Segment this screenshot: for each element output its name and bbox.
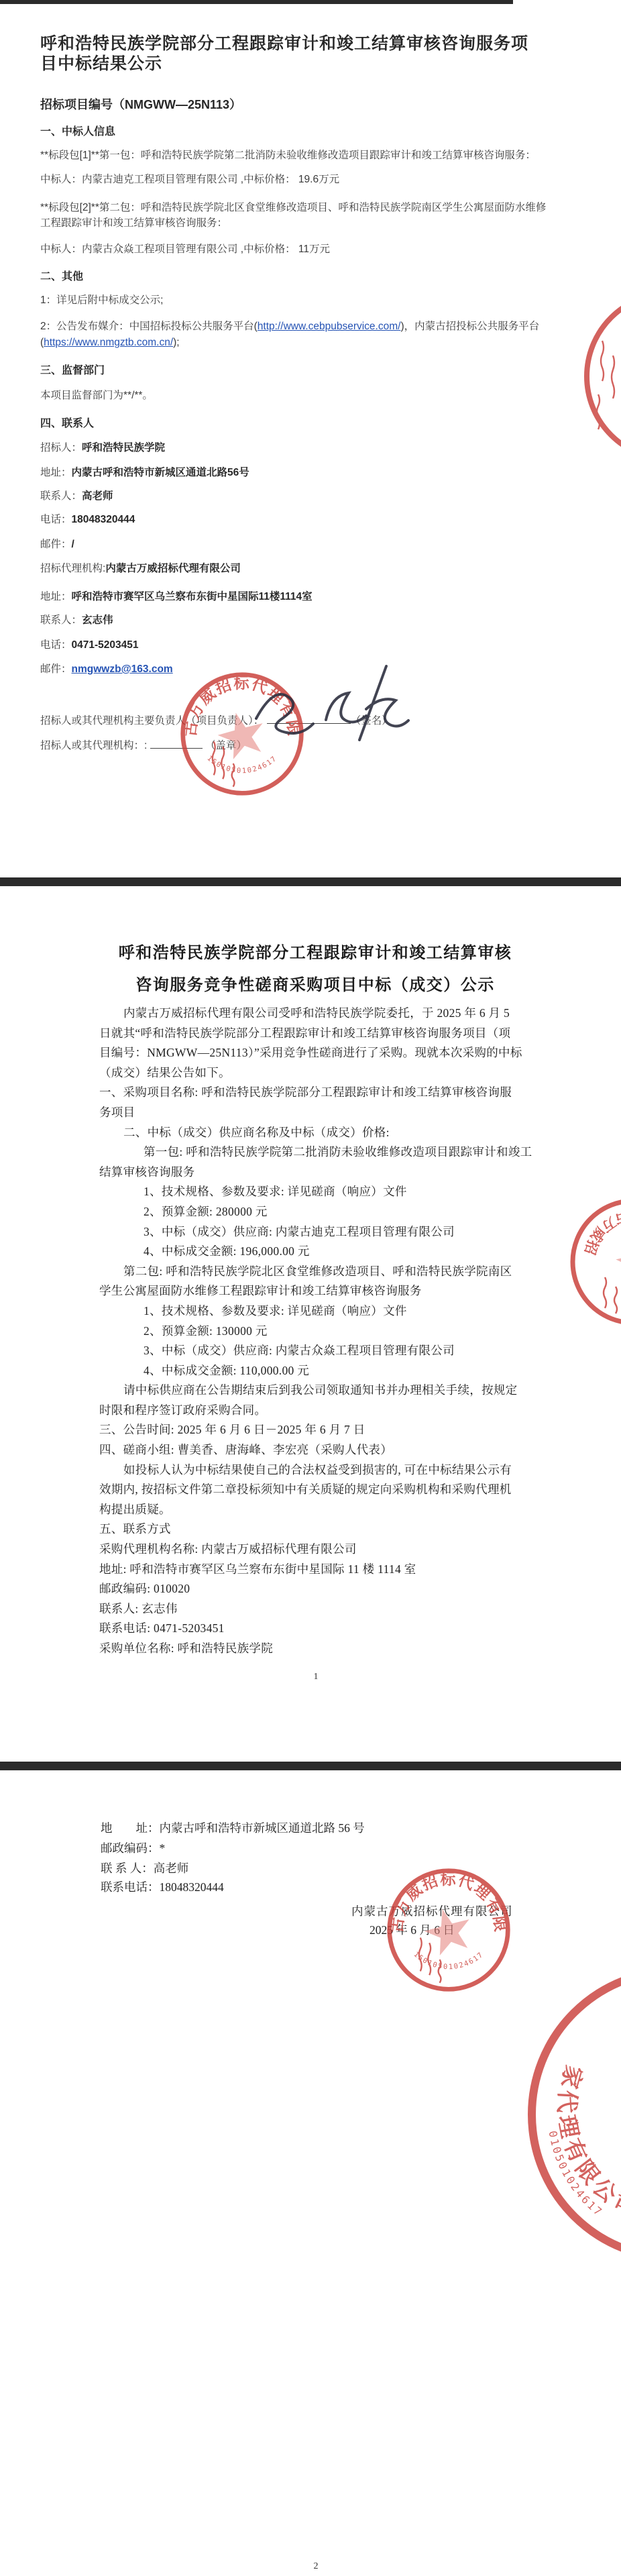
text-segment: （盖章） xyxy=(203,740,247,751)
contact-line: 联系电话：18048320444 xyxy=(101,1878,224,1896)
text-line: 联系人：玄志伟 xyxy=(40,612,113,629)
text-line: 中标人：内蒙古众焱工程项目管理有限公司 ,中标价格： 11万元 xyxy=(40,241,330,258)
text-line: 电话：18048320444 xyxy=(40,511,135,529)
text-line: 招标人或其代理机构主要负责人（项目负责人）： （签名） xyxy=(40,712,392,730)
text-segment: 工程跟踪审计和竣工结算审核咨询服务： xyxy=(40,217,227,229)
page-number-1: 1 xyxy=(282,1672,349,1682)
text-line: 构提出质疑。 xyxy=(99,1500,550,1520)
section-heading: 一、中标人信息 xyxy=(40,123,115,141)
text-line: 目编号：NMGWW—25N113）”采用竞争性磋商进行了采购。现就本次采购的中标 xyxy=(99,1043,550,1063)
contact-line: 地 址：内蒙古呼和浩特市新城区通道北路 56 号 xyxy=(101,1819,365,1837)
text-line: 第二包: 呼和浩特民族学院北区食堂维修改造项目、呼和浩特民族学院南区 xyxy=(99,1262,550,1282)
text-line: 效期内, 按招标文件第二章投标须知中有关质疑的规定向采购机构和采购代理机 xyxy=(99,1480,550,1500)
text-line: 地址：内蒙古呼和浩特市新城区通道北路56号 xyxy=(40,464,249,482)
text-line: 4、中标成交金额: 196,000.00 元 xyxy=(99,1242,550,1262)
text-line: 邮件：nmgwwzb@163.com xyxy=(40,661,173,678)
text-line: 招标代理机构:内蒙古万威招标代理有限公司 xyxy=(40,560,241,578)
text-segment: （签名） xyxy=(351,715,392,727)
text-segment: 地址： xyxy=(40,591,72,602)
text-segment: 联系人： xyxy=(40,490,82,502)
signature-scribble xyxy=(241,661,422,751)
text-line: 招标人：呼和浩特民族学院 xyxy=(40,439,165,457)
date-line: 2025 年 6 月 6 日 xyxy=(370,1921,455,1939)
text-segment: 电话： xyxy=(40,639,72,651)
contact-line: 联 系 人：高老师 xyxy=(101,1859,188,1878)
text-line: 四、磋商小组: 曹美香、唐海峰、李宏亮（采购人代表） xyxy=(99,1440,550,1460)
text-line: 二、中标（成交）供应商名称及中标（成交）价格: xyxy=(99,1123,550,1143)
text-line: 日就其“呼和浩特民族学院部分工程跟踪审计和竣工结算审核咨询服务项目（项 xyxy=(99,1024,550,1044)
text-line: 联系人: 玄志伟 xyxy=(99,1599,550,1619)
text-line: 工程跟踪审计和竣工结算审核咨询服务： xyxy=(40,215,227,232)
field-value: 内蒙古万威招标代理有限公司 xyxy=(105,563,241,574)
text-line: 4、中标成交金额: 110,000.00 元 xyxy=(99,1361,550,1381)
text-segment: 邮件： xyxy=(40,539,72,550)
text-segment: 联系人： xyxy=(40,614,82,626)
text-line: **标段包[1]**第一包：呼和浩特民族学院第二批消防未验收维修改造项目跟踪审计… xyxy=(40,147,536,164)
page2-title-line-1: 呼和浩特民族学院部分工程跟踪审计和竣工结算审核 xyxy=(80,939,550,963)
project-number: 招标项目编号（NMGWW—25N113） xyxy=(40,95,241,113)
text-line: 本项目监督部门为**/**。 xyxy=(40,387,153,405)
field-value: 呼和浩特市赛罕区乌兰察布东街中星国际11楼1114室 xyxy=(72,591,313,602)
svg-text:家代理有限公司: 家代理有限公司 xyxy=(553,2062,621,2222)
text-line: 五、联系方式 xyxy=(99,1519,550,1540)
url-link[interactable]: https://www.nmgztb.com.cn/ xyxy=(44,337,173,348)
agency-seal-stamp: 内蒙古万威招标代理有限公司 15010501024617 xyxy=(178,669,306,798)
text-segment: 招标人或其代理机构：: xyxy=(40,740,150,751)
email-link[interactable]: nmgwwzb@163.com xyxy=(72,663,173,675)
text-line: 地址: 呼和浩特市赛罕区乌兰察布东街中星国际 11 楼 1114 室 xyxy=(99,1560,550,1580)
text-segment: 中标人：内蒙古众焱工程项目管理有限公司 ,中标价格： 11万元 xyxy=(40,244,330,255)
page-number-2: 2 xyxy=(282,2561,349,2572)
text-line: 招标人或其代理机构：: （盖章） xyxy=(40,737,247,755)
page2-title-line-2: 咨询服务竞争性磋商采购项目中标（成交）公示 xyxy=(80,971,550,995)
text-segment: 招标代理机构: xyxy=(40,563,105,574)
text-line: 中标人：内蒙古迪克工程项目管理有限公司 ,中标价格： 19.6万元 xyxy=(40,171,339,189)
text-line: 三、公告时间: 2025 年 6 月 6 日－2025 年 6 月 7 日 xyxy=(99,1420,550,1440)
text-line: 采购单位名称: 呼和浩特民族学院 xyxy=(99,1639,550,1659)
field-value: 0471-5203451 xyxy=(72,639,139,651)
field-value: 玄志伟 xyxy=(82,614,113,626)
page2-body: 内蒙古万威招标代理有限公司受呼和浩特民族学院委托，于 2025 年 6 月 5日… xyxy=(99,1004,550,1659)
text-line: 请中标供应商在公告期结束后到我公司领取通知书并办理相关手续，按规定 xyxy=(99,1381,550,1401)
text-line: 如投标人认为中标结果使自己的合法权益受到损害的, 可在中标结果公示有 xyxy=(99,1460,550,1481)
text-line: 1、技术规格、参数及要求: 详见磋商（响应）文件 xyxy=(99,1301,550,1322)
text-segment: 一、中标人信息 xyxy=(40,126,115,138)
text-segment: 2：公告发布媒介：中国招标投标公共服务平台( xyxy=(40,321,258,332)
text-segment: 地址： xyxy=(40,467,72,478)
text-line: 1、技术规格、参数及要求: 详见磋商（响应）文件 xyxy=(99,1182,550,1202)
text-line: 内蒙古万威招标代理有限公司受呼和浩特民族学院委托，于 2025 年 6 月 5 xyxy=(99,1004,550,1024)
section-heading: 三、监督部门 xyxy=(40,362,105,380)
svg-text:古万威招标: 古万威招标 xyxy=(570,1198,621,1258)
partial-seal-stamp-right-2: 古万威招标 xyxy=(570,1198,621,1326)
section-heading: 二、其他 xyxy=(40,268,83,286)
field-value: 内蒙古呼和浩特市新城区通道北路56号 xyxy=(72,467,249,478)
text-line: 邮件：/ xyxy=(40,536,74,553)
agency-name-line: 内蒙古万威招标代理有限公司 xyxy=(351,1902,513,1921)
page-separator-1 xyxy=(0,877,621,886)
field-value: 呼和浩特民族学院 xyxy=(82,442,165,453)
text-line: （成交）结果公告如下。 xyxy=(99,1063,550,1083)
svg-text:010501024617: 010501024617 xyxy=(547,2130,606,2219)
text-line: 1：详见后附中标成交公示; xyxy=(40,292,163,309)
page-title: 呼和浩特民族学院部分工程跟踪审计和竣工结算审核咨询服务项 目中标结果公示 xyxy=(40,34,583,74)
page-title-line-2: 目中标结果公示 xyxy=(40,54,583,74)
document-page: 呼和浩特民族学院部分工程跟踪审计和竣工结算审核咨询服务项 目中标结果公示 招标项… xyxy=(0,0,621,2576)
field-value: 高老师 xyxy=(82,490,113,502)
text-segment: 二、其他 xyxy=(40,271,83,282)
partial-seal-stamp-right xyxy=(582,288,621,464)
text-segment: 四、联系人 xyxy=(40,418,94,429)
text-segment: **标段包[2]**第二包：呼和浩特民族学院北区食堂维修改造项目、呼和浩特民族学… xyxy=(40,202,546,213)
text-line: 务项目 xyxy=(99,1103,550,1123)
blank-underline xyxy=(267,713,351,724)
text-segment: )，内蒙古招投标公共服务平台 xyxy=(400,321,539,332)
text-line: 采购代理机构名称: 内蒙古万威招标代理有限公司 xyxy=(99,1540,550,1560)
text-line: 地址：呼和浩特市赛罕区乌兰察布东街中星国际11楼1114室 xyxy=(40,588,313,606)
text-line: 联系电话: 0471-5203451 xyxy=(99,1619,550,1639)
text-line: 2：公告发布媒介：中国招标投标公共服务平台(http://www.cebpubs… xyxy=(40,318,539,335)
text-line: 3、中标（成交）供应商: 内蒙古迪克工程项目管理有限公司 xyxy=(99,1222,550,1242)
text-segment: 中标人：内蒙古迪克工程项目管理有限公司 ,中标价格： 19.6万元 xyxy=(40,174,339,185)
text-line: 一、采购项目名称: 呼和浩特民族学院部分工程跟踪审计和竣工结算审核咨询服 xyxy=(99,1083,550,1103)
text-segment: ); xyxy=(173,337,179,348)
svg-text:15010501024617: 15010501024617 xyxy=(205,754,278,775)
text-segment: 三、监督部门 xyxy=(40,365,105,376)
text-line: 结算审核咨询服务 xyxy=(99,1163,550,1183)
text-segment: 电话： xyxy=(40,514,72,525)
text-segment: 邮件： xyxy=(40,663,72,675)
text-line: 联系人：高老师 xyxy=(40,488,113,505)
text-line: 时限和程序签订政府采购合同。 xyxy=(99,1401,550,1421)
page-separator-2 xyxy=(0,1762,621,1770)
text-segment: 招标人或其代理机构主要负责人（项目负责人）： xyxy=(40,715,267,727)
text-line: (https://www.nmgztb.com.cn/); xyxy=(40,334,180,352)
contact-line: 邮政编码：* xyxy=(101,1839,165,1858)
text-line: 2、预算金额: 280000 元 xyxy=(99,1202,550,1222)
top-edge-bar xyxy=(0,0,513,4)
text-segment: **标段包[1]**第一包：呼和浩特民族学院第二批消防未验收维修改造项目跟踪审计… xyxy=(40,150,536,161)
blank-underline xyxy=(150,738,203,749)
text-line: 学生公寓屋面防水维修工程跟踪审计和竣工结算审核咨询服务 xyxy=(99,1281,550,1301)
text-segment: 1：详见后附中标成交公示; xyxy=(40,294,163,306)
text-line: 邮政编码: 010020 xyxy=(99,1579,550,1599)
text-segment: 招标人： xyxy=(40,442,82,453)
text-line: 第一包: 呼和浩特民族学院第二批消防未验收维修改造项目跟踪审计和竣工 xyxy=(99,1142,550,1163)
section-heading: 四、联系人 xyxy=(40,415,94,433)
text-line: 2、预算金额: 130000 元 xyxy=(99,1322,550,1342)
svg-text:15010501024617: 15010501024617 xyxy=(412,1950,485,1971)
text-line: 电话：0471-5203451 xyxy=(40,637,139,654)
text-segment: 本项目监督部门为**/**。 xyxy=(40,390,153,401)
text-line: 3、中标（成交）供应商: 内蒙古众焱工程项目管理有限公司 xyxy=(99,1341,550,1361)
page-title-line-1: 呼和浩特民族学院部分工程跟踪审计和竣工结算审核咨询服务项 xyxy=(40,34,583,54)
field-value: / xyxy=(72,539,74,550)
partial-seal-stamp-bottom-right: 家代理有限公司 010501024617 xyxy=(528,1967,621,2262)
url-link[interactable]: http://www.cebpubservice.com/ xyxy=(258,321,401,332)
field-value: 18048320444 xyxy=(72,514,135,525)
